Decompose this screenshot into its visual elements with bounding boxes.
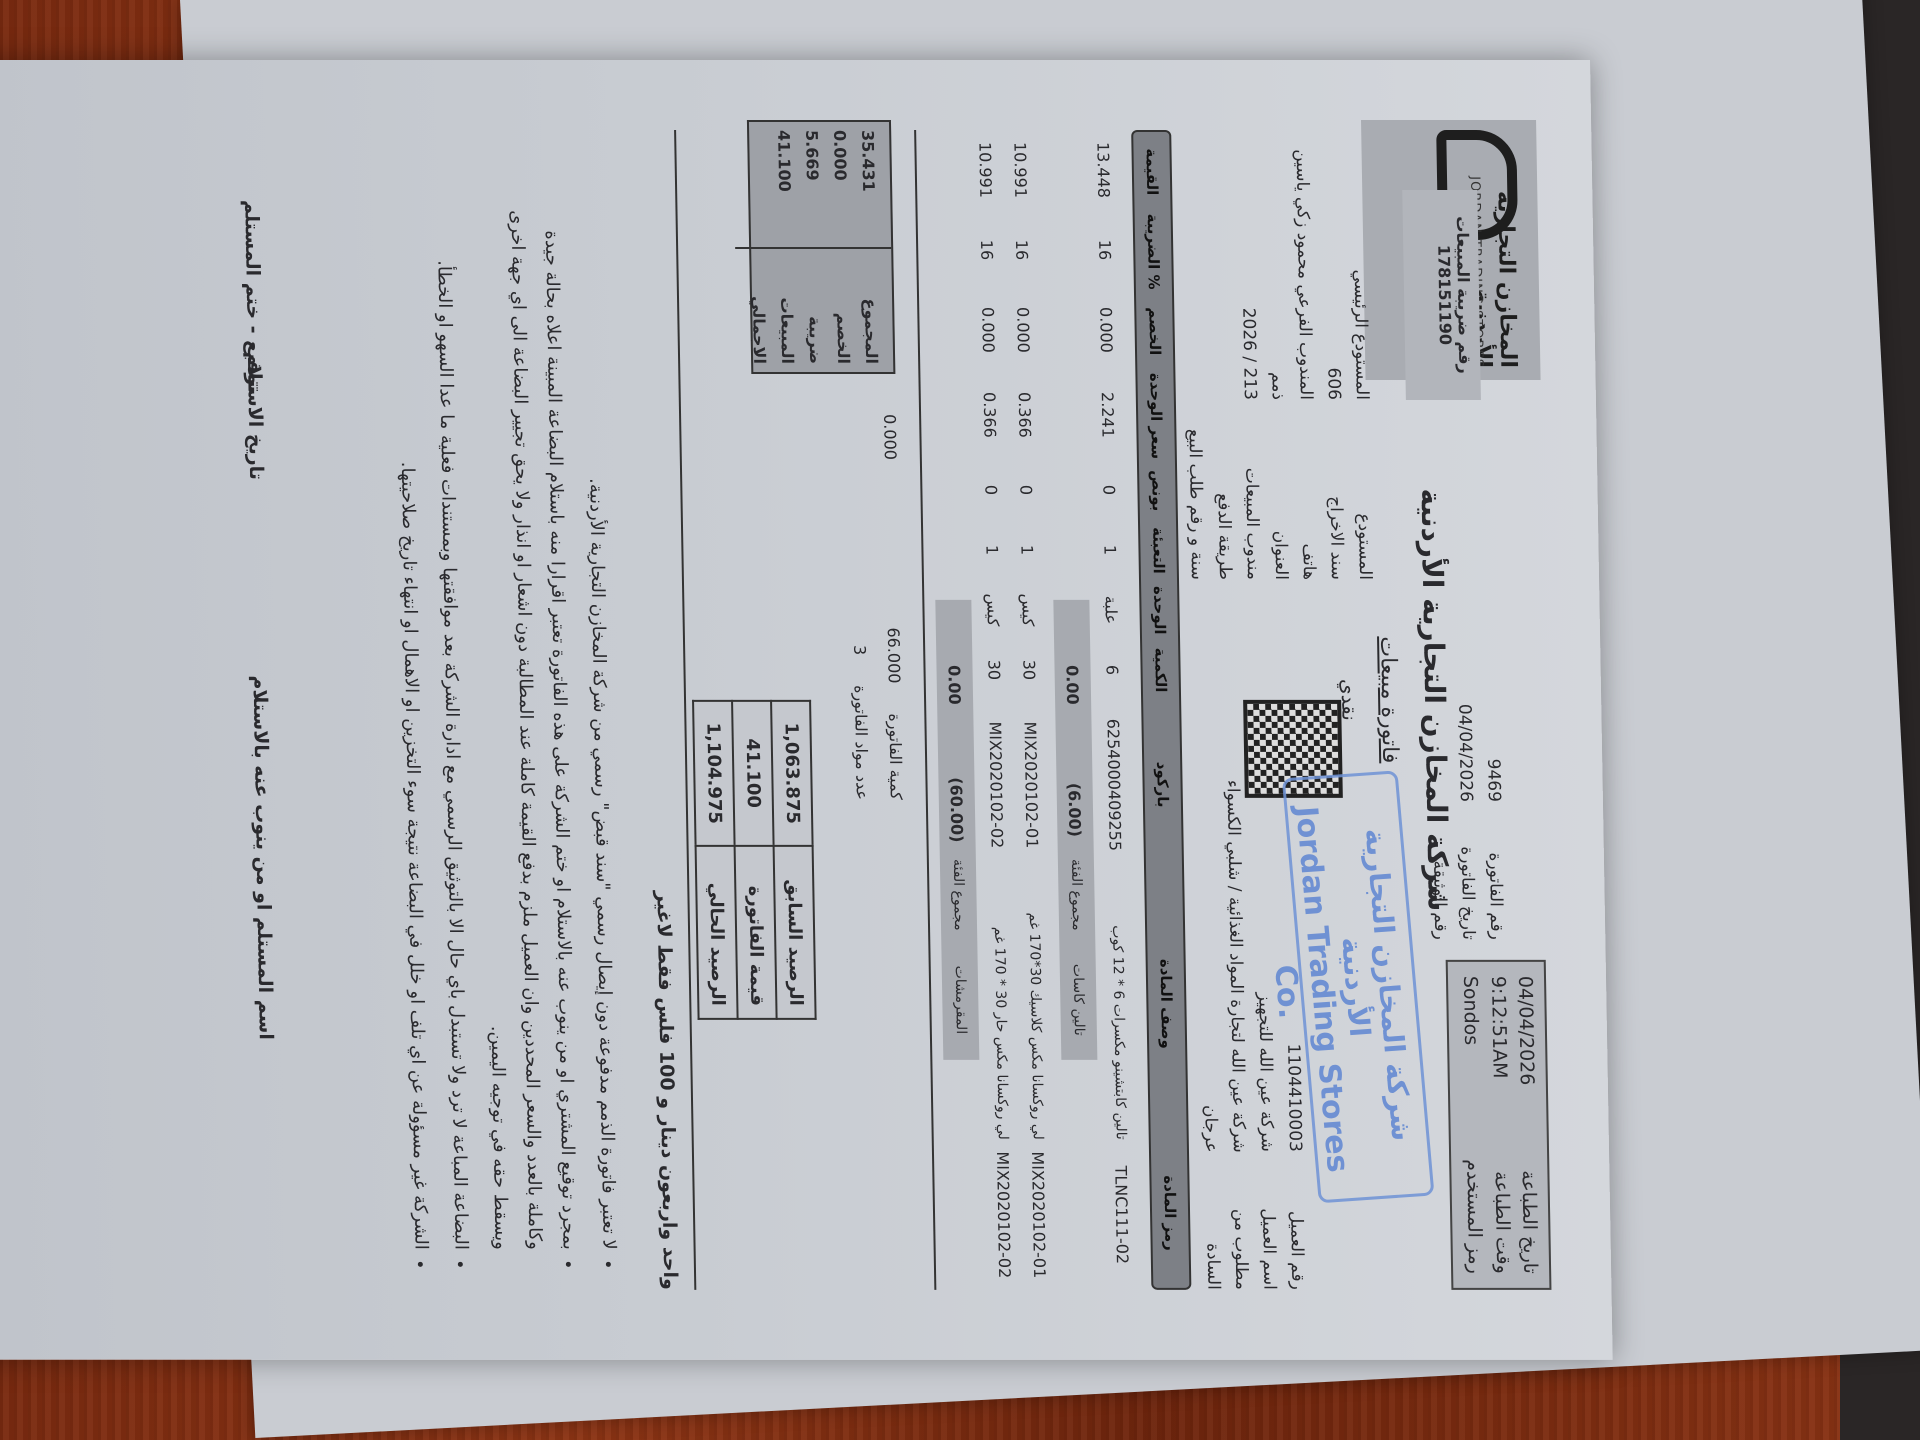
receiver-name-label: اسم المستلم او من ينوب عنه بالاستلام — [249, 675, 277, 1039]
discount-value: 0.000 — [825, 130, 855, 239]
print-info-box: تاريخ الطباعة 04/04/2026 وقت الطباعة 9:1… — [1446, 960, 1552, 1290]
subtotal-value: 35.431 — [853, 130, 883, 239]
document-title: فاتورة مبيعات — [1374, 600, 1402, 800]
table-divider — [914, 130, 936, 1290]
table-row: TLNC111-02 تالين كابتشينو مكسرات 6 * 12 … — [1087, 130, 1139, 1290]
print-date: 04/04/2026 — [1511, 976, 1539, 1125]
term-item: بمجرد توقيع المشتري او من ينوب عنه بالاس… — [465, 190, 586, 1250]
print-time-label: وقت الطباعة — [1486, 1125, 1514, 1274]
warehouse-info: المستودع سند الاخراج هاتف العنوان مندوب … — [1180, 380, 1380, 580]
totals-box: المجموع الخصم ضريبة المبيعات الاجمالي 35… — [747, 120, 895, 374]
sales-tax-value: 5.669 — [797, 130, 827, 239]
items-table-header: رمز المادة وصف المادة باركود الكمية الوح… — [1131, 130, 1191, 1290]
balance-row: الرصيد السابق1,063.875 — [771, 701, 816, 1019]
items-count: 3 — [842, 645, 876, 655]
bonus-total: 0.000 — [872, 414, 907, 460]
grand-total-value: 41.100 — [769, 130, 799, 239]
balance-row: الرصيد الحالي1,104.975 — [693, 701, 738, 1019]
invoice-page: تاريخ الطباعة 04/04/2026 وقت الطباعة 9:1… — [0, 60, 1613, 1360]
info-row: رقم الفاتورة9469 — [1478, 704, 1510, 940]
group-subtotal: تالين كاسات مجموع الفئة (6.00) 0.00 — [1053, 600, 1097, 1060]
user-name: Sondos — [1456, 976, 1484, 1125]
invoice-qty: 66.000 — [876, 627, 911, 683]
group-subtotal: المقرمشات مجموع الفئة (60.00) 0.00 — [935, 600, 979, 1060]
invoice-info: رقم الفاتورة9469 تاريخ الفاتورة04/04/202… — [1422, 704, 1510, 940]
sales-order: 2026 / 213 — [1231, 140, 1264, 400]
invoice-summary: كمية الفاتورة66.000 عدد مواد الفاتورة3 — [840, 540, 913, 800]
warehouse-values: المستودع الرئيسي 606 المندوب الفرعي محمو… — [1231, 140, 1376, 400]
tax-number-box: رقم ضريبة المبيعات 178151190 — [1402, 190, 1481, 400]
print-time: 9:12:51AM — [1483, 976, 1511, 1125]
balance-table: الرصيد السابق1,063.875 قيمة الفاتورة41.1… — [692, 700, 817, 1020]
company-stamp: شركة المخازن التجارية الأردنية Jordan Tr… — [1282, 770, 1435, 1203]
amount-in-words: واحد واربعون دينار و 100 فلس فقط لاغير — [652, 891, 681, 1290]
tax-number-label: رقم ضريبة المبيعات — [1452, 190, 1475, 400]
info-row: تاريخ الفاتورة04/04/2026 — [1450, 704, 1482, 940]
info-row: رقم الوثيقة — [1422, 704, 1454, 940]
receiver-sign-label: توقيع - ختم المستلم — [240, 200, 265, 392]
balance-row: قيمة الفاتورة41.100 — [732, 701, 777, 1019]
user-label: رمز المستخدم — [1459, 1125, 1487, 1274]
terms-list: لا تعتبر فاتورة الذمم مدفوعة دون إيصال ر… — [379, 190, 626, 1250]
print-date-label: تاريخ الطباعة — [1513, 1125, 1541, 1274]
bill-to: شركة عين الله لتجارة المواد الغذائية / ش… — [1190, 730, 1253, 1153]
